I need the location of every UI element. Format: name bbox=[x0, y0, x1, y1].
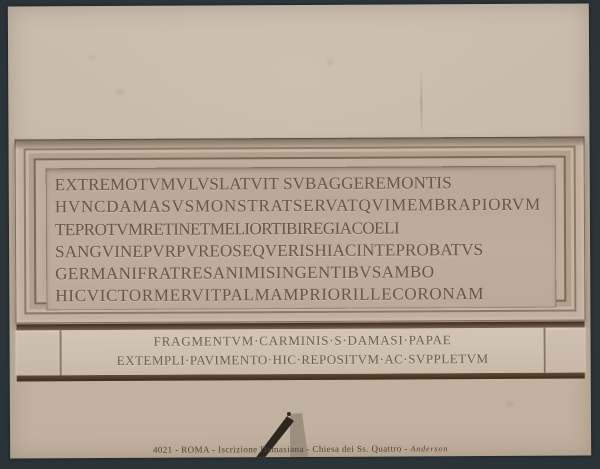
main-inscription: EXTREMOTVMVLVSLATVIT SVBAGGEREMONTIS HVN… bbox=[55, 172, 557, 308]
band-body: FRAGMENTVM·CARMINIS·S·DAMASI·PAPAE EXTEM… bbox=[16, 328, 586, 376]
photo-mount-background: EXTREMOTVMVLVSLATVIT SVBAGGEREMONTIS HVN… bbox=[0, 0, 600, 469]
inscription-field: EXTREMOTVMVLVSLATVIT SVBAGGEREMONTIS HVN… bbox=[46, 166, 557, 311]
band-inscription: FRAGMENTVM·CARMINIS·S·DAMASI·PAPAE EXTEM… bbox=[62, 328, 544, 376]
stick-tip bbox=[287, 412, 291, 416]
wall-crease bbox=[420, 72, 422, 136]
leaning-stick bbox=[248, 408, 328, 463]
photo-caption: 4021 - ROMA - Iscrizione Damasiana - Chi… bbox=[10, 442, 591, 455]
inscription-line: EXTREMOTVMVLVSLATVIT SVBAGGEREMONTIS bbox=[55, 172, 556, 197]
inscription-line: TEPROTVMRETINETMELIORTIBIREGIACOELI bbox=[55, 216, 556, 241]
caption-text: 4021 - ROMA - Iscrizione Damasiana - Chi… bbox=[153, 443, 411, 454]
band-line: EXTEMPLI·PAVIMENTO·HIC·REPOSITVM·AC·SVPP… bbox=[62, 351, 544, 370]
panel-top-shadow bbox=[15, 137, 585, 149]
lower-inscription-band: FRAGMENTVM·CARMINIS·S·DAMASI·PAPAE EXTEM… bbox=[15, 322, 585, 382]
photographer-credit: Anderson bbox=[410, 444, 448, 453]
inscription-line: GERMANIFRATRESANIMISINGENTIBVSAMBO bbox=[55, 261, 556, 286]
band-line: FRAGMENTVM·CARMINIS·S·DAMASI·PAPAE bbox=[62, 332, 544, 351]
inscription-line: SANGVINEPVRPVREOSEQVERISHIACINTEPROBATVS bbox=[55, 239, 556, 264]
band-end-block-right bbox=[544, 328, 586, 373]
band-end-block-left bbox=[16, 330, 62, 375]
inscription-line: HVNCDAMASVSMONSTRATSERVATQVIMEMBRAPIORVM bbox=[55, 194, 556, 219]
photograph: EXTREMOTVMVLVSLATVIT SVBAGGEREMONTIS HVN… bbox=[8, 3, 591, 458]
inscription-panel: EXTREMOTVMVLVSLATVIT SVBAGGEREMONTIS HVN… bbox=[15, 137, 586, 324]
inscription-line: HICVICTORMERVITPALMAMPRIORILLECORONAM bbox=[55, 283, 556, 308]
